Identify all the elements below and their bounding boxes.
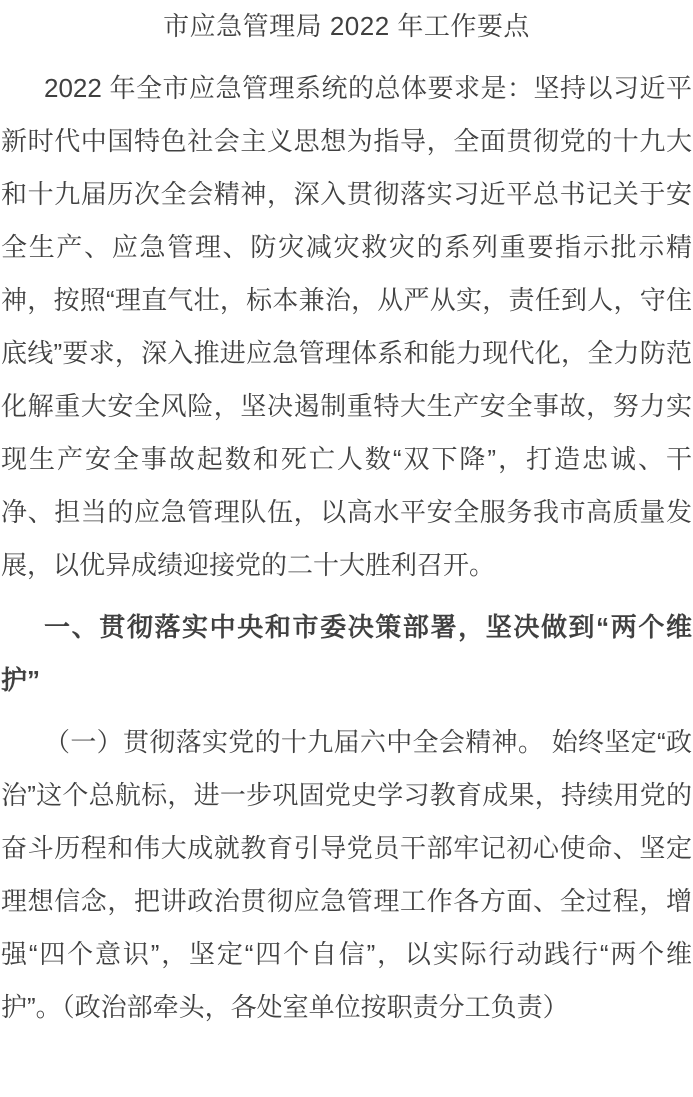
section-1-heading: 一、贯彻落实中央和市委决策部署，坚决做到“两个维护” (1, 601, 692, 707)
overview-paragraph: 2022 年全市应急管理系统的总体要求是：坚持以习近平新时代中国特色社会主义思想… (1, 62, 692, 592)
document-title: 市应急管理局 2022 年工作要点 (1, 0, 692, 53)
section-1-item-1-paragraph: （一）贯彻落实党的十九届六中全会精神。 始终坚定“政治”这个总航标，进一步巩固党… (1, 716, 692, 1034)
document-page: 市应急管理局 2022 年工作要点 2022 年全市应急管理系统的总体要求是：坚… (0, 0, 693, 1097)
